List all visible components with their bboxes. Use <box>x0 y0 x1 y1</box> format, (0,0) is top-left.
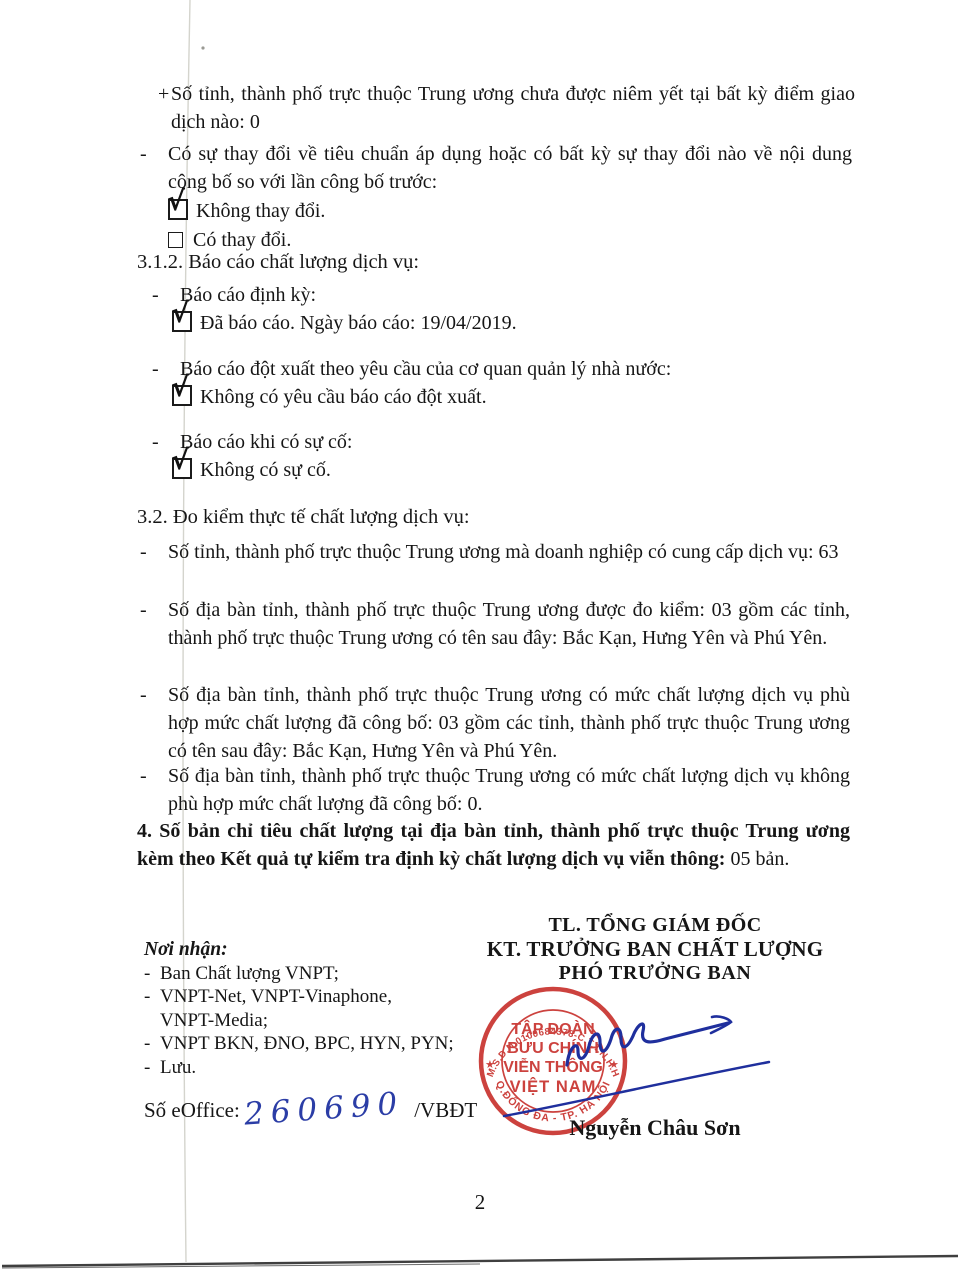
dash-bullet: - <box>144 1032 160 1056</box>
measure-item-1: - Số tỉnh, thành phố trực thuộc Trung ươ… <box>140 538 850 566</box>
check-mark-icon: √ <box>171 447 189 474</box>
eoffice-label: Số eOffice: <box>144 1098 240 1123</box>
scan-speck <box>201 46 204 49</box>
recipient-text: VNPT-Media; <box>160 1010 268 1031</box>
item-answer: Không có sự cố. <box>200 459 331 481</box>
recipient-text: VNPT-Net, VNPT-Vinaphone, <box>160 986 392 1007</box>
item-answer: Đã báo cáo. Ngày báo cáo: 19/04/2019. <box>200 312 517 334</box>
item-answer-row: √Không có yêu cầu báo cáo đột xuất. <box>172 383 852 412</box>
stamp-center-line4: VIỆT NAM <box>510 1077 597 1096</box>
heading-4-value: 05 bản. <box>730 848 789 870</box>
dash-bullet: - <box>152 355 159 383</box>
stamp-center-line1: TẬP ĐOÀN <box>511 1019 594 1038</box>
recipient-item-continuation: VNPT-Media; <box>144 1009 474 1033</box>
eoffice-handwritten-number: 260690 <box>243 1088 405 1130</box>
item-answer-row: √Không có sự cố. <box>172 456 852 485</box>
para-niem-yet: + Số tỉnh, thành phố trực thuộc Trung ươ… <box>158 80 855 136</box>
eoffice-row: Số eOffice: 260690 /VBĐT <box>144 1098 477 1125</box>
dash-bullet: - <box>152 428 159 456</box>
thay-doi-text: Có sự thay đổi về tiêu chuẩn áp dụng hoặ… <box>140 140 852 196</box>
measure-item-text: Số địa bàn tỉnh, thành phố trực thuộc Tr… <box>140 681 850 765</box>
stamp-star-left-icon: ★ <box>485 1059 495 1071</box>
recipients-block: Nơi nhận: -Ban Chất lượng VNPT; -VNPT-Ne… <box>144 938 474 1079</box>
dash-bullet: - <box>140 762 147 790</box>
eoffice-suffix: /VBĐT <box>414 1098 477 1123</box>
option-label: Không thay đổi. <box>196 200 325 222</box>
recipient-text: Lưu. <box>160 1057 196 1078</box>
dash-bullet: - <box>144 962 160 986</box>
dash-bullet: - <box>140 681 147 709</box>
dash-bullet: - <box>140 538 147 566</box>
report-item-su-co: - Báo cáo khi có sự cố: √Không có sự cố. <box>152 428 852 485</box>
signature-flourish <box>711 1016 731 1033</box>
check-mark-icon: √ <box>171 374 189 401</box>
measure-item-text: Số địa bàn tỉnh, thành phố trực thuộc Tr… <box>140 762 850 818</box>
recipient-item: -Ban Chất lượng VNPT; <box>144 962 474 986</box>
signer-name: Nguyễn Châu Sơn <box>450 1115 860 1141</box>
niem-yet-text: Số tỉnh, thành phố trực thuộc Trung ương… <box>158 80 855 136</box>
item-label: Báo cáo khi có sự cố: <box>152 428 852 456</box>
recipient-item: -Lưu. <box>144 1056 474 1080</box>
measure-item-text: Số tỉnh, thành phố trực thuộc Trung ương… <box>140 538 850 566</box>
checkbox-checked: √ <box>172 458 192 479</box>
measure-item-4: - Số địa bàn tỉnh, thành phố trực thuộc … <box>140 762 850 818</box>
checkbox-unchecked <box>168 232 183 248</box>
check-mark-icon: √ <box>167 188 185 215</box>
recipient-text: VNPT BKN, ĐNO, BPC, HYN, PYN; <box>160 1033 454 1054</box>
stamp-star-right-icon: ★ <box>609 1059 619 1071</box>
option-label: Có thay đổi. <box>193 229 291 251</box>
page-number: 2 <box>0 1190 960 1215</box>
document-page: + Số tỉnh, thành phố trực thuộc Trung ươ… <box>0 0 960 1272</box>
checkbox-checked: √ <box>172 311 192 332</box>
report-item-dinh-ky: - Báo cáo định kỳ: √Đã báo cáo. Ngày báo… <box>152 281 852 338</box>
item-label: Báo cáo định kỳ: <box>152 281 852 309</box>
measure-item-text: Số địa bàn tỉnh, thành phố trực thuộc Tr… <box>140 596 850 652</box>
dash-bullet: - <box>152 281 159 309</box>
recipient-item: -VNPT-Net, VNPT-Vinaphone, <box>144 985 474 1009</box>
recipients-title: Nơi nhận: <box>144 938 474 962</box>
item-label-row: - Báo cáo định kỳ: <box>152 281 852 309</box>
item-answer-row: √Đã báo cáo. Ngày báo cáo: 19/04/2019. <box>172 309 852 338</box>
plus-bullet: + <box>158 80 169 108</box>
sig-line-tl: TL. TỔNG GIÁM ĐỐC <box>450 914 860 937</box>
report-item-dot-xuat: - Báo cáo đột xuất theo yêu cầu của cơ q… <box>152 355 852 412</box>
item-answer: Không có yêu cầu báo cáo đột xuất. <box>200 386 487 408</box>
para-thay-doi: - Có sự thay đổi về tiêu chuẩn áp dụng h… <box>140 140 852 255</box>
dash-bullet: - <box>144 1056 160 1080</box>
heading-3-1-2: 3.1.2. Báo cáo chất lượng dịch vụ: <box>137 249 419 276</box>
measure-item-3: - Số địa bàn tỉnh, thành phố trực thuộc … <box>140 681 850 765</box>
measure-item-2: - Số địa bàn tỉnh, thành phố trực thuộc … <box>140 596 850 652</box>
heading-4-block: 4. Số bản chỉ tiêu chất lượng tại địa bà… <box>137 817 850 873</box>
stamp-center-line2: BƯU CHÍNH <box>507 1038 599 1057</box>
item-label: Báo cáo đột xuất theo yêu cầu của cơ qua… <box>152 355 852 383</box>
recipient-text: Ban Chất lượng VNPT; <box>160 963 339 984</box>
dash-bullet: - <box>144 985 160 1009</box>
recipient-item: -VNPT BKN, ĐNO, BPC, HYN, PYN; <box>144 1032 474 1056</box>
scan-edge-line <box>2 1256 958 1266</box>
dash-bullet: - <box>140 596 147 624</box>
checkbox-checked: √ <box>172 385 192 406</box>
item-label-row: - Báo cáo đột xuất theo yêu cầu của cơ q… <box>152 355 852 383</box>
heading-3-2: 3.2. Đo kiểm thực tế chất lượng dịch vụ: <box>137 504 470 531</box>
checkbox-checked: √ <box>168 199 188 220</box>
thay-doi-paragraph: - Có sự thay đổi về tiêu chuẩn áp dụng h… <box>140 140 852 196</box>
scan-edge-shadow <box>2 1264 480 1268</box>
stamp-center-line3: VIỄN THÔNG <box>503 1057 603 1076</box>
item-label-row: - Báo cáo khi có sự cố: <box>152 428 852 456</box>
option-khong-thay-doi: √Không thay đổi. <box>140 197 852 226</box>
check-mark-icon: √ <box>171 300 189 327</box>
sig-line-kt: KT. TRƯỞNG BAN CHẤT LƯỢNG <box>450 937 860 962</box>
dash-bullet: - <box>140 140 147 168</box>
